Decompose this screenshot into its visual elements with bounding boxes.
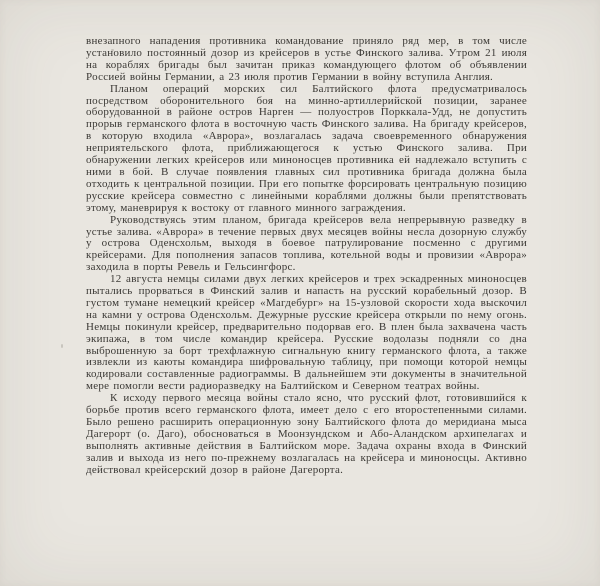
scan-speck	[61, 344, 63, 348]
paragraph: Планом операций морских сил Балтийского …	[86, 84, 527, 215]
paragraph: 12 августа немцы силами двух легких крей…	[86, 274, 527, 393]
paragraph: внезапного нападения противника командов…	[86, 36, 527, 84]
scan-speck	[96, 128, 98, 130]
paragraph: К исходу первого месяца войны стало ясно…	[86, 393, 527, 476]
paragraph: Руководствуясь этим планом, бригада крей…	[86, 215, 527, 275]
book-page: внезапного нападения противника командов…	[0, 0, 600, 586]
scan-speck	[111, 49, 114, 51]
text-block: внезапного нападения противника командов…	[86, 36, 527, 477]
